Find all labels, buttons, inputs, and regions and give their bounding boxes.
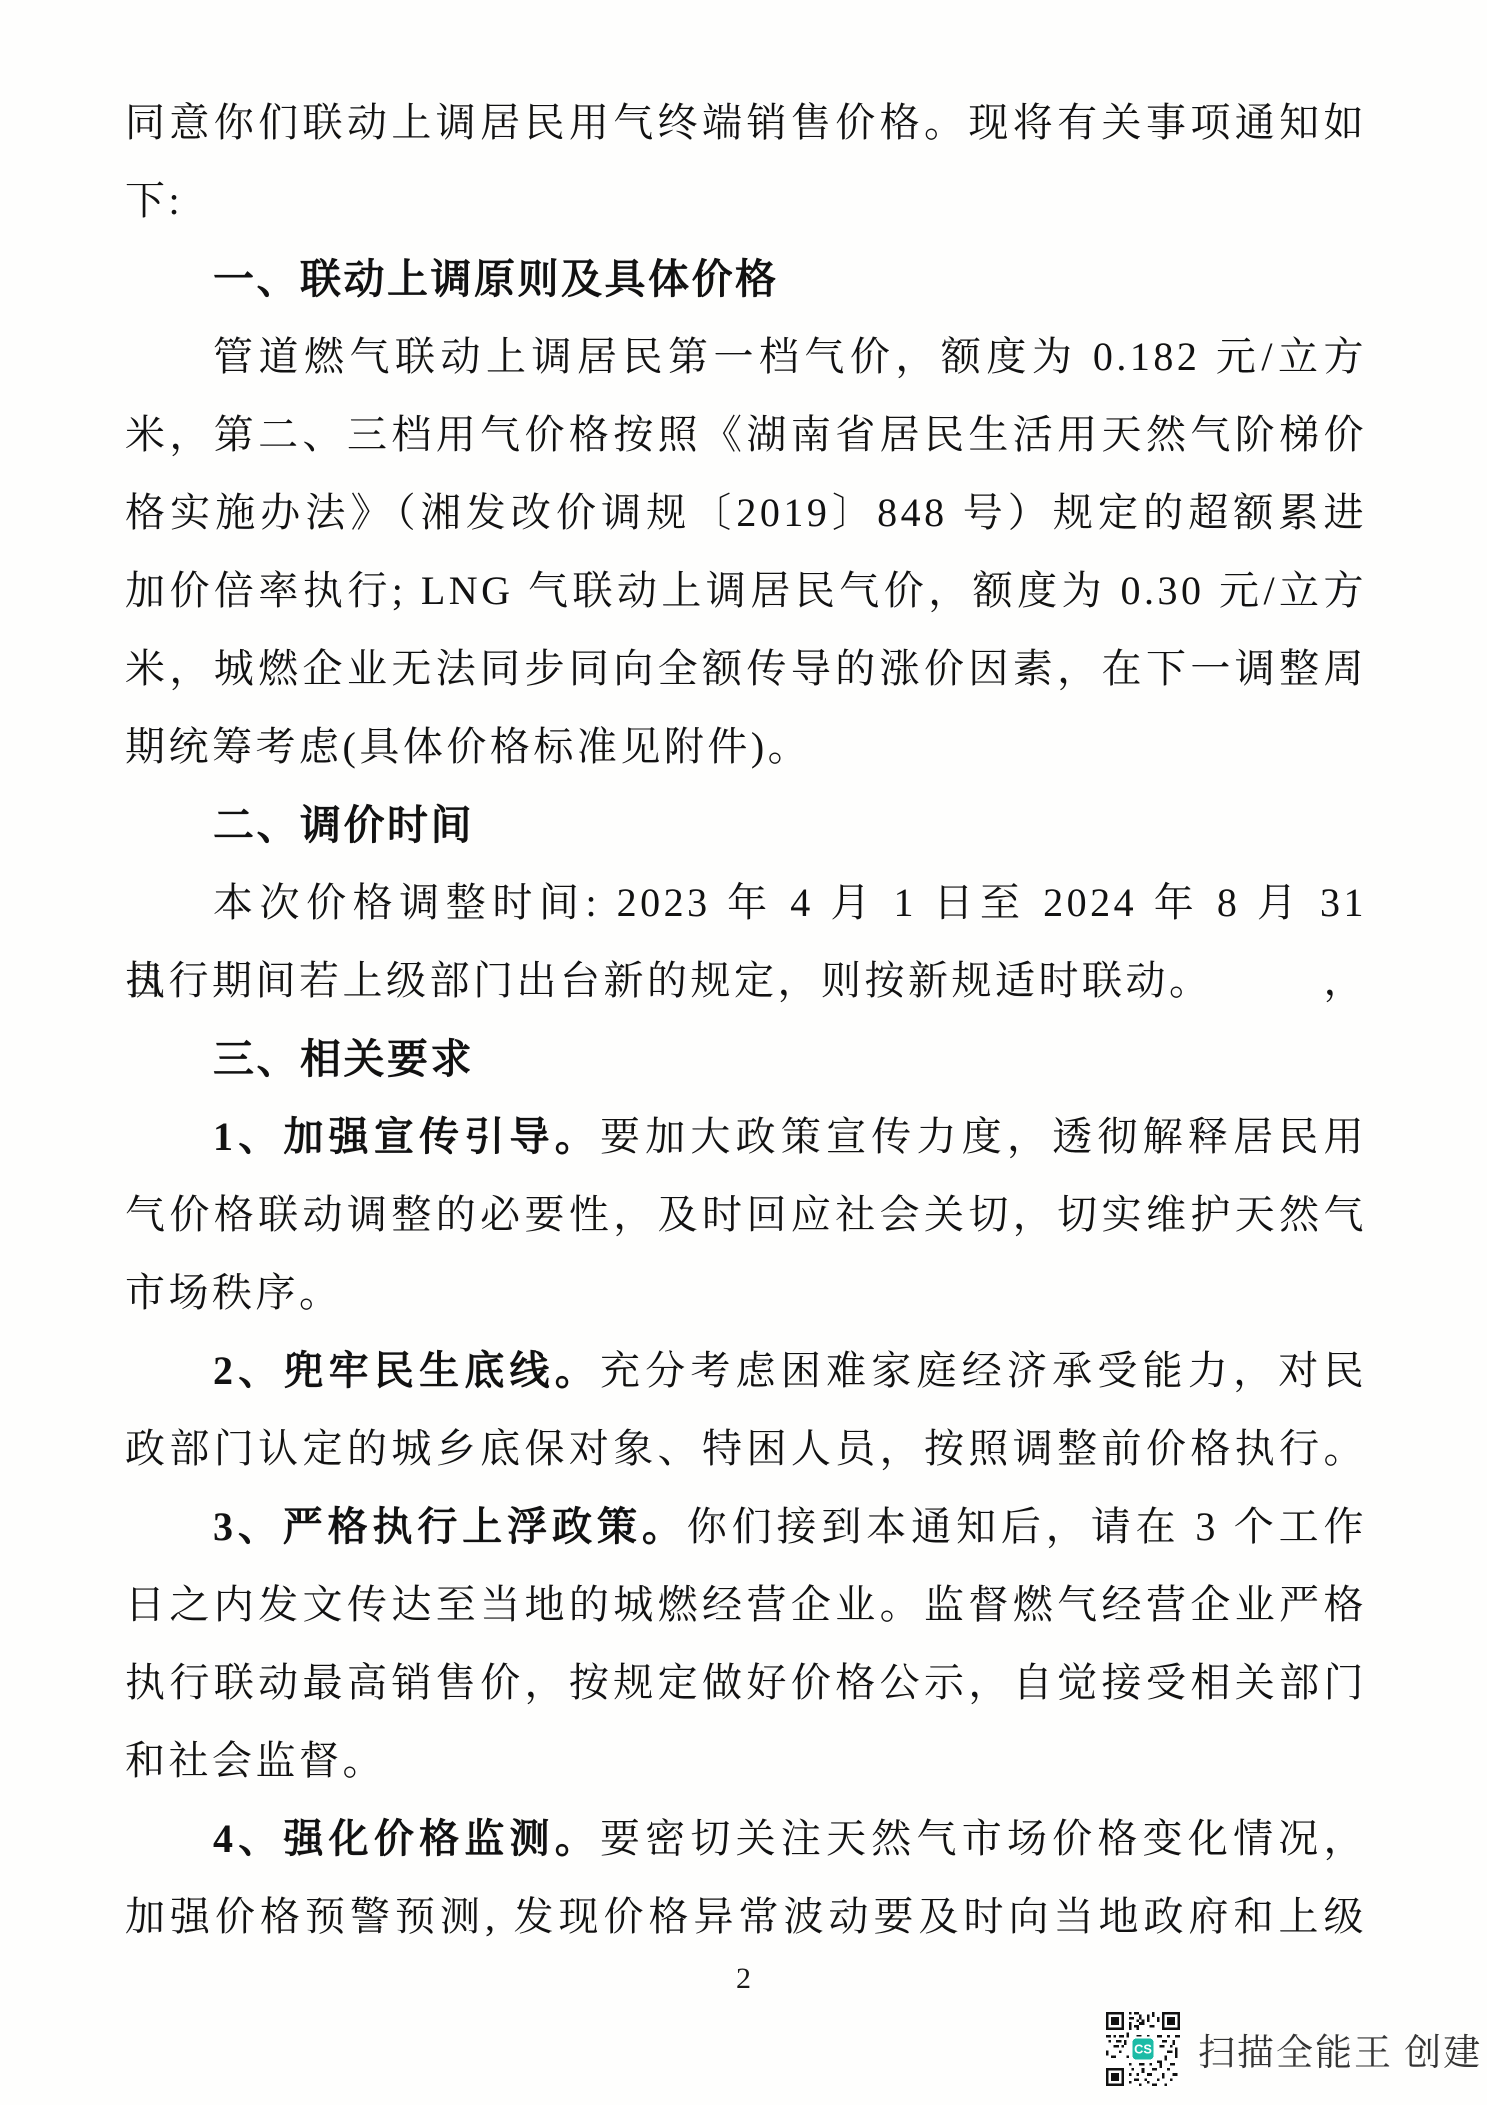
section-heading-3: 三、相关要求 (125, 1020, 1367, 1098)
doc-line-text: 要加大政策宣传力度，透彻解释居民用 (600, 1114, 1367, 1159)
item-2-title: 2、兜牢民生底线。 (213, 1348, 600, 1393)
doc-line: 市场秩序。 (125, 1254, 1367, 1332)
cs-badge-label: CS (1134, 2042, 1152, 2057)
doc-line: 和社会监督。 (125, 1722, 1367, 1800)
section-heading-2: 二、调价时间 (125, 786, 1367, 864)
qr-code-icon: CS (1106, 2012, 1180, 2086)
item-3-title: 3、严格执行上浮政策。 (213, 1504, 687, 1549)
doc-line: 本次价格调整时间: 2023 年 4 月 1 日至 2024 年 8 月 31 … (125, 864, 1367, 942)
doc-line: 期统筹考虑(具体价格标准见附件)。 (125, 708, 1367, 786)
doc-line-text: 你们接到本通知后，请在 3 个工作 (687, 1504, 1367, 1549)
doc-line: 4、强化价格监测。要密切关注天然气市场价格变化情况， (125, 1800, 1367, 1878)
doc-line: 同意你们联动上调居民用气终端销售价格。现将有关事项通知如 (125, 84, 1367, 162)
section-heading-1: 一、联动上调原则及具体价格 (125, 240, 1367, 318)
doc-line: 加价倍率执行; LNG 气联动上调居民气价，额度为 0.30 元/立方 (125, 552, 1367, 630)
doc-line: 米，第二、三档用气价格按照《湖南省居民生活用天然气阶梯价 (125, 396, 1367, 474)
doc-line-text: 要密切关注天然气市场价格变化情况， (600, 1816, 1367, 1861)
doc-line: 气价格联动调整的必要性，及时回应社会关切，切实维护天然气 (125, 1176, 1367, 1254)
doc-line: 执行联动最高销售价，按规定做好价格公示，自觉接受相关部门 (125, 1644, 1367, 1722)
item-4-title: 4、强化价格监测。 (213, 1816, 600, 1861)
doc-line: 1、加强宣传引导。要加大政策宣传力度，透彻解释居民用 (125, 1098, 1367, 1176)
doc-line: 米，城燃企业无法同步同向全额传导的涨价因素，在下一调整周 (125, 630, 1367, 708)
doc-line: 2、兜牢民生底线。充分考虑困难家庭经济承受能力，对民 (125, 1332, 1367, 1410)
watermark-text: 扫描全能王 创建 (1198, 2022, 1482, 2076)
doc-line: 日之内发文传达至当地的城燃经营企业。监督燃气经营企业严格 (125, 1566, 1367, 1644)
camscanner-watermark: CS 扫描全能王 创建 (1106, 2012, 1482, 2086)
item-1-title: 1、加强宣传引导。 (213, 1114, 600, 1159)
doc-line: 3、严格执行上浮政策。你们接到本通知后，请在 3 个工作 (125, 1488, 1367, 1566)
doc-line: 执行期间若上级部门出台新的规定，则按新规适时联动。 (125, 942, 1367, 1020)
scanned-document-page: 同意你们联动上调居民用气终端销售价格。现将有关事项通知如 下: 一、联动上调原则… (0, 0, 1487, 2105)
doc-line: 管道燃气联动上调居民第一档气价，额度为 0.182 元/立方 (125, 318, 1367, 396)
document-body: 同意你们联动上调居民用气终端销售价格。现将有关事项通知如 下: 一、联动上调原则… (125, 84, 1367, 1956)
doc-line: 加强价格预警预测, 发现价格异常波动要及时向当地政府和上级 (125, 1878, 1367, 1956)
doc-line: 政部门认定的城乡底保对象、特困人员，按照调整前价格执行。 (125, 1410, 1367, 1488)
doc-line: 格实施办法》（湘发改价调规〔2019〕848 号）规定的超额累进 (125, 474, 1367, 552)
doc-line-text: 充分考虑困难家庭经济承受能力，对民 (600, 1348, 1367, 1393)
page-number: 2 (0, 1962, 1487, 1996)
doc-line: 下: (125, 162, 1367, 240)
